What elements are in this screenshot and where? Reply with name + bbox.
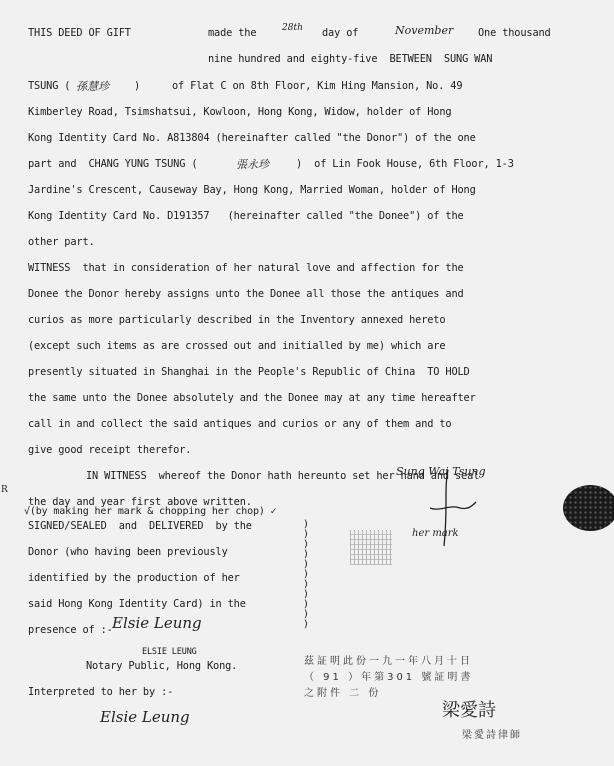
deed-day-of: day of bbox=[322, 27, 358, 39]
deed-line: TSUNG ( bbox=[28, 80, 70, 92]
notary-name: ELSIE LEUNG bbox=[142, 646, 197, 658]
closing-brace-column: ) ) ) ) ) ) ) ) ) ) ) bbox=[303, 520, 309, 630]
donee-chinese-name: 張永珍 bbox=[236, 156, 269, 172]
interpreter-signature: Elsie Leung bbox=[100, 708, 190, 726]
deed-line: Kong Identity Card No. A813804 (hereinaf… bbox=[28, 132, 476, 144]
deed-line: call in and collect the said antiques an… bbox=[28, 418, 451, 430]
handwritten-day: 28th bbox=[282, 23, 303, 33]
deed-one-thousand: One thousand bbox=[478, 27, 551, 39]
deed-line: presently situated in Shanghai in the Pe… bbox=[28, 366, 470, 378]
cn-lawyer-stamp: 梁愛詩律師 bbox=[462, 726, 522, 741]
deed-line: of Flat C on 8th Floor, Kim Hing Mansion… bbox=[172, 80, 462, 92]
deed-line: Jardine's Crescent, Causeway Bay, Hong K… bbox=[28, 184, 476, 196]
deed-line: (except such items as are crossed out an… bbox=[28, 340, 445, 352]
deed-line: presence of :- bbox=[28, 624, 113, 636]
deed-line: identified by the production of her bbox=[28, 572, 240, 584]
handwritten-month: November bbox=[395, 24, 453, 37]
deed-line: WITNESS that in consideration of her nat… bbox=[28, 262, 464, 274]
donor-chinese-name: 孫慧珍 bbox=[76, 78, 109, 94]
deed-page: THIS DEED OF GIFT made the 28th day of N… bbox=[0, 0, 614, 766]
cn-signature: 梁愛詩 bbox=[442, 696, 496, 722]
interpreted-label: Interpreted to her by :- bbox=[28, 686, 173, 698]
cn-endorsement-line: （ 91 ）年第301 號証明書 bbox=[304, 668, 473, 683]
deed-line: SIGNED/SEALED and DELIVERED by the bbox=[28, 520, 252, 532]
deed-line: nine hundred and eighty-five BETWEEN SUN… bbox=[208, 53, 492, 65]
chop-stamp bbox=[350, 530, 392, 565]
deed-made-the: made the bbox=[208, 27, 256, 39]
deed-line: ) of Lin Fook House, 6th Floor, 1-3 bbox=[296, 158, 514, 170]
deed-line: Kong Identity Card No. D191357 (hereinaf… bbox=[28, 210, 464, 222]
cn-endorsement-line: 之附件 二 份 bbox=[304, 684, 381, 699]
deed-line: Kimberley Road, Tsimshatsui, Kowloon, Ho… bbox=[28, 106, 451, 118]
cn-endorsement-line: 茲証明此份一九一年八月十日 bbox=[304, 652, 473, 667]
deed-line: said Hong Kong Identity Card) in the bbox=[28, 598, 246, 610]
notary-title: Notary Public, Hong Kong. bbox=[86, 660, 237, 672]
deed-line: give good receipt therefor. bbox=[28, 444, 191, 456]
deed-line: part and CHANG YUNG TSUNG ( bbox=[28, 158, 197, 170]
margin-mark: R bbox=[1, 485, 8, 495]
seal-stamp bbox=[563, 485, 614, 531]
deed-title: THIS DEED OF GIFT bbox=[28, 27, 131, 39]
deed-line: ) bbox=[134, 80, 140, 92]
deed-line: other part. bbox=[28, 236, 95, 248]
deed-line: Donor (who having been previously bbox=[28, 546, 228, 558]
deed-line: √(by making her mark & chopping her chop… bbox=[24, 506, 276, 518]
deed-line: the same unto the Donee absolutely and t… bbox=[28, 392, 476, 404]
her-mark-caption: her mark bbox=[412, 528, 459, 539]
deed-line: Donee the Donor hereby assigns unto the … bbox=[28, 288, 464, 300]
notary-signature: Elsie Leung bbox=[112, 614, 202, 632]
deed-line: curios as more particularly described in… bbox=[28, 314, 445, 326]
